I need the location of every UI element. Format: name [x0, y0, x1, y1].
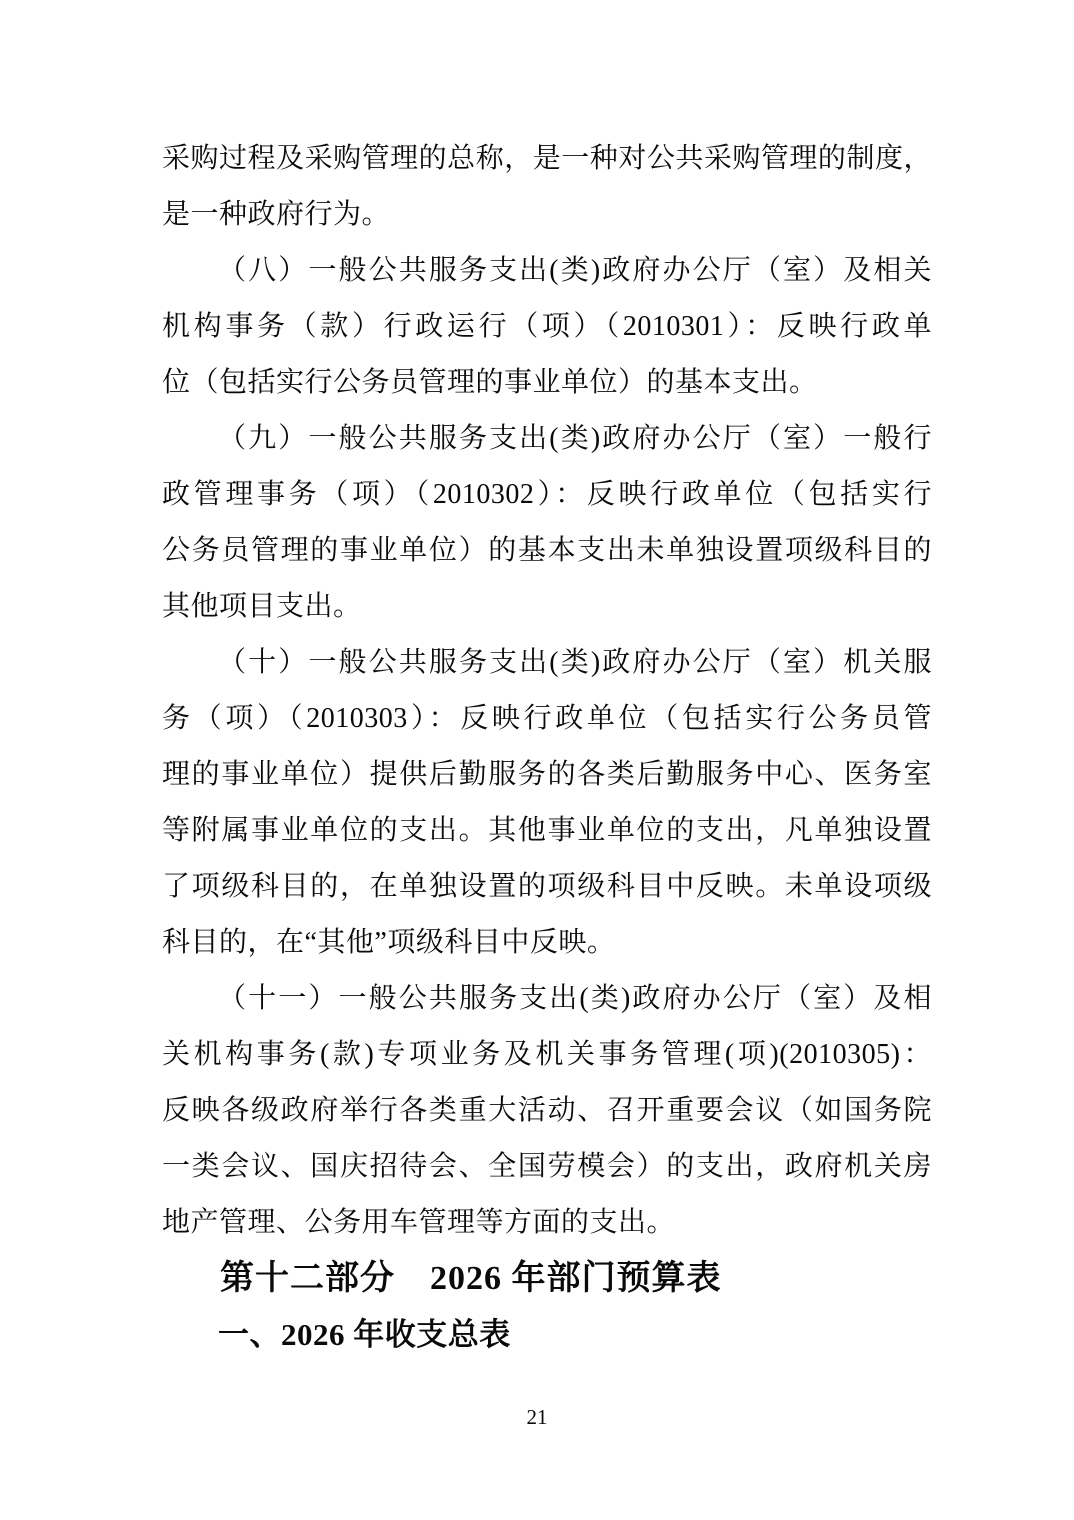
body-line: 理的事业单位）提供后勤服务的各类后勤服务中心、医务室 — [162, 747, 932, 803]
page-number: 21 — [0, 1402, 1074, 1432]
body-line: 了项级科目的，在单独设置的项级科目中反映。未单设项级 — [162, 859, 932, 915]
body-line: （十）一般公共服务支出(类)政府办公厅（室）机关服 — [162, 635, 932, 691]
paragraph-procurement-continuation: 采购过程及采购管理的总称，是一种对公共采购管理的制度， 是一种政府行为。 — [162, 131, 932, 243]
body-line: （八）一般公共服务支出(类)政府办公厅（室）及相关 — [162, 243, 932, 299]
body-line: （十一）一般公共服务支出(类)政府办公厅（室）及相 — [162, 971, 932, 1027]
body-line: 务（项）（2010303）：反映行政单位（包括实行公务员管 — [162, 691, 932, 747]
body-line: 反映各级政府举行各类重大活动、召开重要会议（如国务院 — [162, 1083, 932, 1139]
subsection-heading: 一、2026 年收支总表 — [162, 1307, 932, 1363]
body-line: 采购过程及采购管理的总称，是一种对公共采购管理的制度， — [162, 131, 932, 187]
body-line: 其他项目支出。 — [162, 579, 932, 635]
body-line: （九）一般公共服务支出(类)政府办公厅（室）一般行 — [162, 411, 932, 467]
body-line: 地产管理、公务用车管理等方面的支出。 — [162, 1195, 932, 1251]
body-line: 公务员管理的事业单位）的基本支出未单独设置项级科目的 — [162, 523, 932, 579]
paragraph-item-11: （十一）一般公共服务支出(类)政府办公厅（室）及相 关机构事务(款)专项业务及机… — [162, 971, 932, 1251]
body-line: 政管理事务（项）（2010302）：反映行政单位（包括实行 — [162, 467, 932, 523]
paragraph-item-8: （八）一般公共服务支出(类)政府办公厅（室）及相关 机构事务（款）行政运行（项）… — [162, 243, 932, 411]
body-line: 科目的，在“其他”项级科目中反映。 — [162, 915, 932, 971]
body-line: 一类会议、国庆招待会、全国劳模会）的支出，政府机关房 — [162, 1139, 932, 1195]
body-line: 等附属事业单位的支出。其他事业单位的支出，凡单独设置 — [162, 803, 932, 859]
paragraph-item-9: （九）一般公共服务支出(类)政府办公厅（室）一般行 政管理事务（项）（20103… — [162, 411, 932, 635]
document-page: 采购过程及采购管理的总称，是一种对公共采购管理的制度， 是一种政府行为。 （八）… — [0, 0, 1074, 1520]
section-heading: 第十二部分 2026 年部门预算表 — [162, 1251, 932, 1307]
document-body: 采购过程及采购管理的总称，是一种对公共采购管理的制度， 是一种政府行为。 （八）… — [162, 131, 932, 1363]
body-line: 位（包括实行公务员管理的事业单位）的基本支出。 — [162, 355, 932, 411]
paragraph-item-10: （十）一般公共服务支出(类)政府办公厅（室）机关服 务（项）（2010303）：… — [162, 635, 932, 971]
body-line: 机构事务（款）行政运行（项）（2010301）：反映行政单 — [162, 299, 932, 355]
body-line: 关机构事务(款)专项业务及机关事务管理(项)(2010305)： — [162, 1027, 932, 1083]
body-line: 是一种政府行为。 — [162, 187, 932, 243]
